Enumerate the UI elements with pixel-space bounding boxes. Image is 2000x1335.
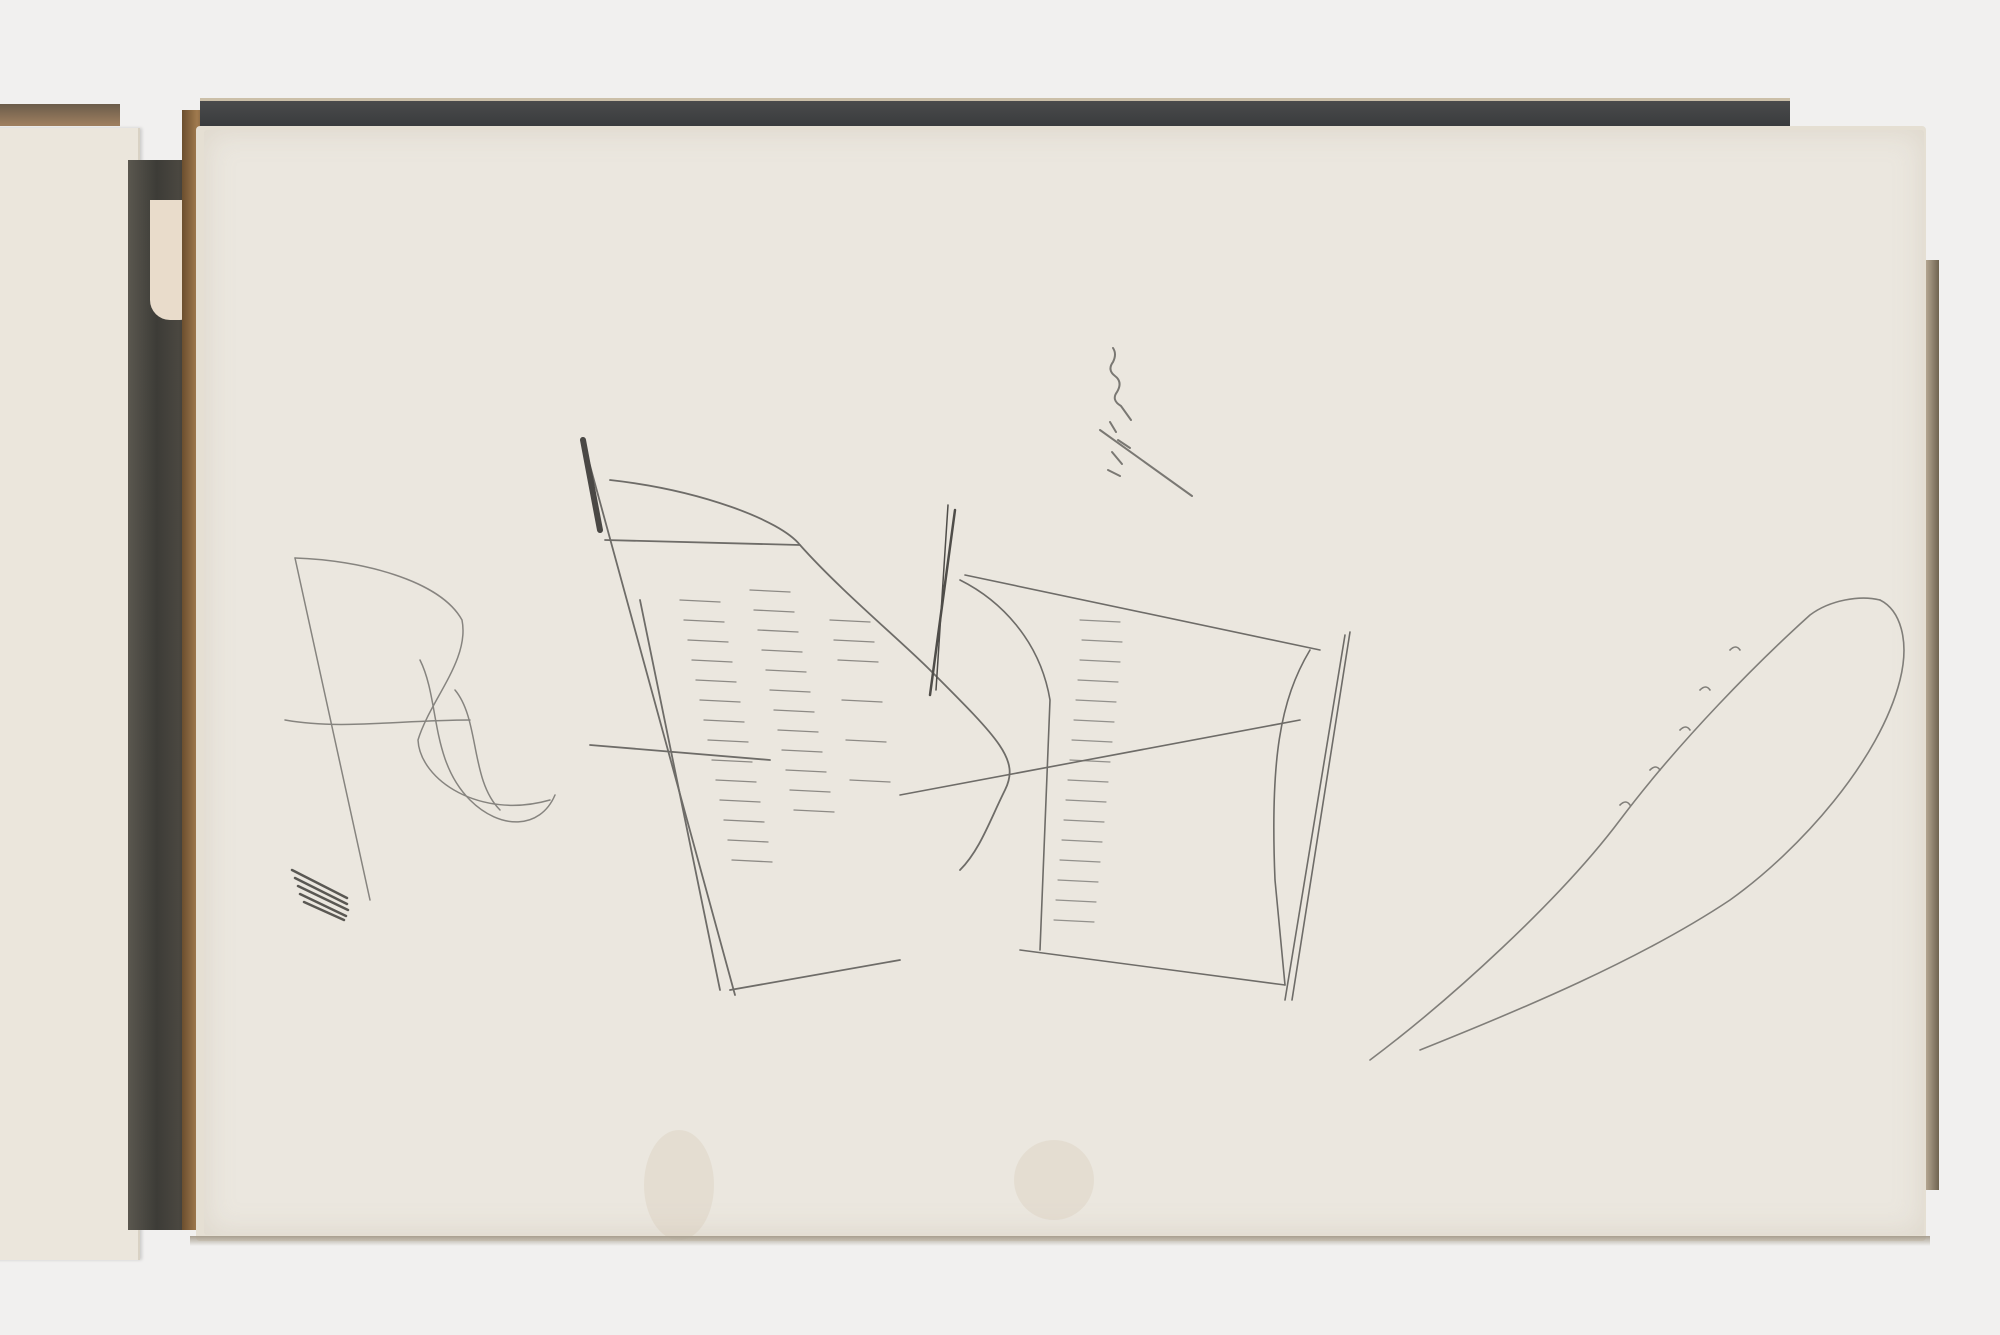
pencil-sketch <box>0 0 2000 1335</box>
annotation-strokes <box>1100 348 1192 496</box>
